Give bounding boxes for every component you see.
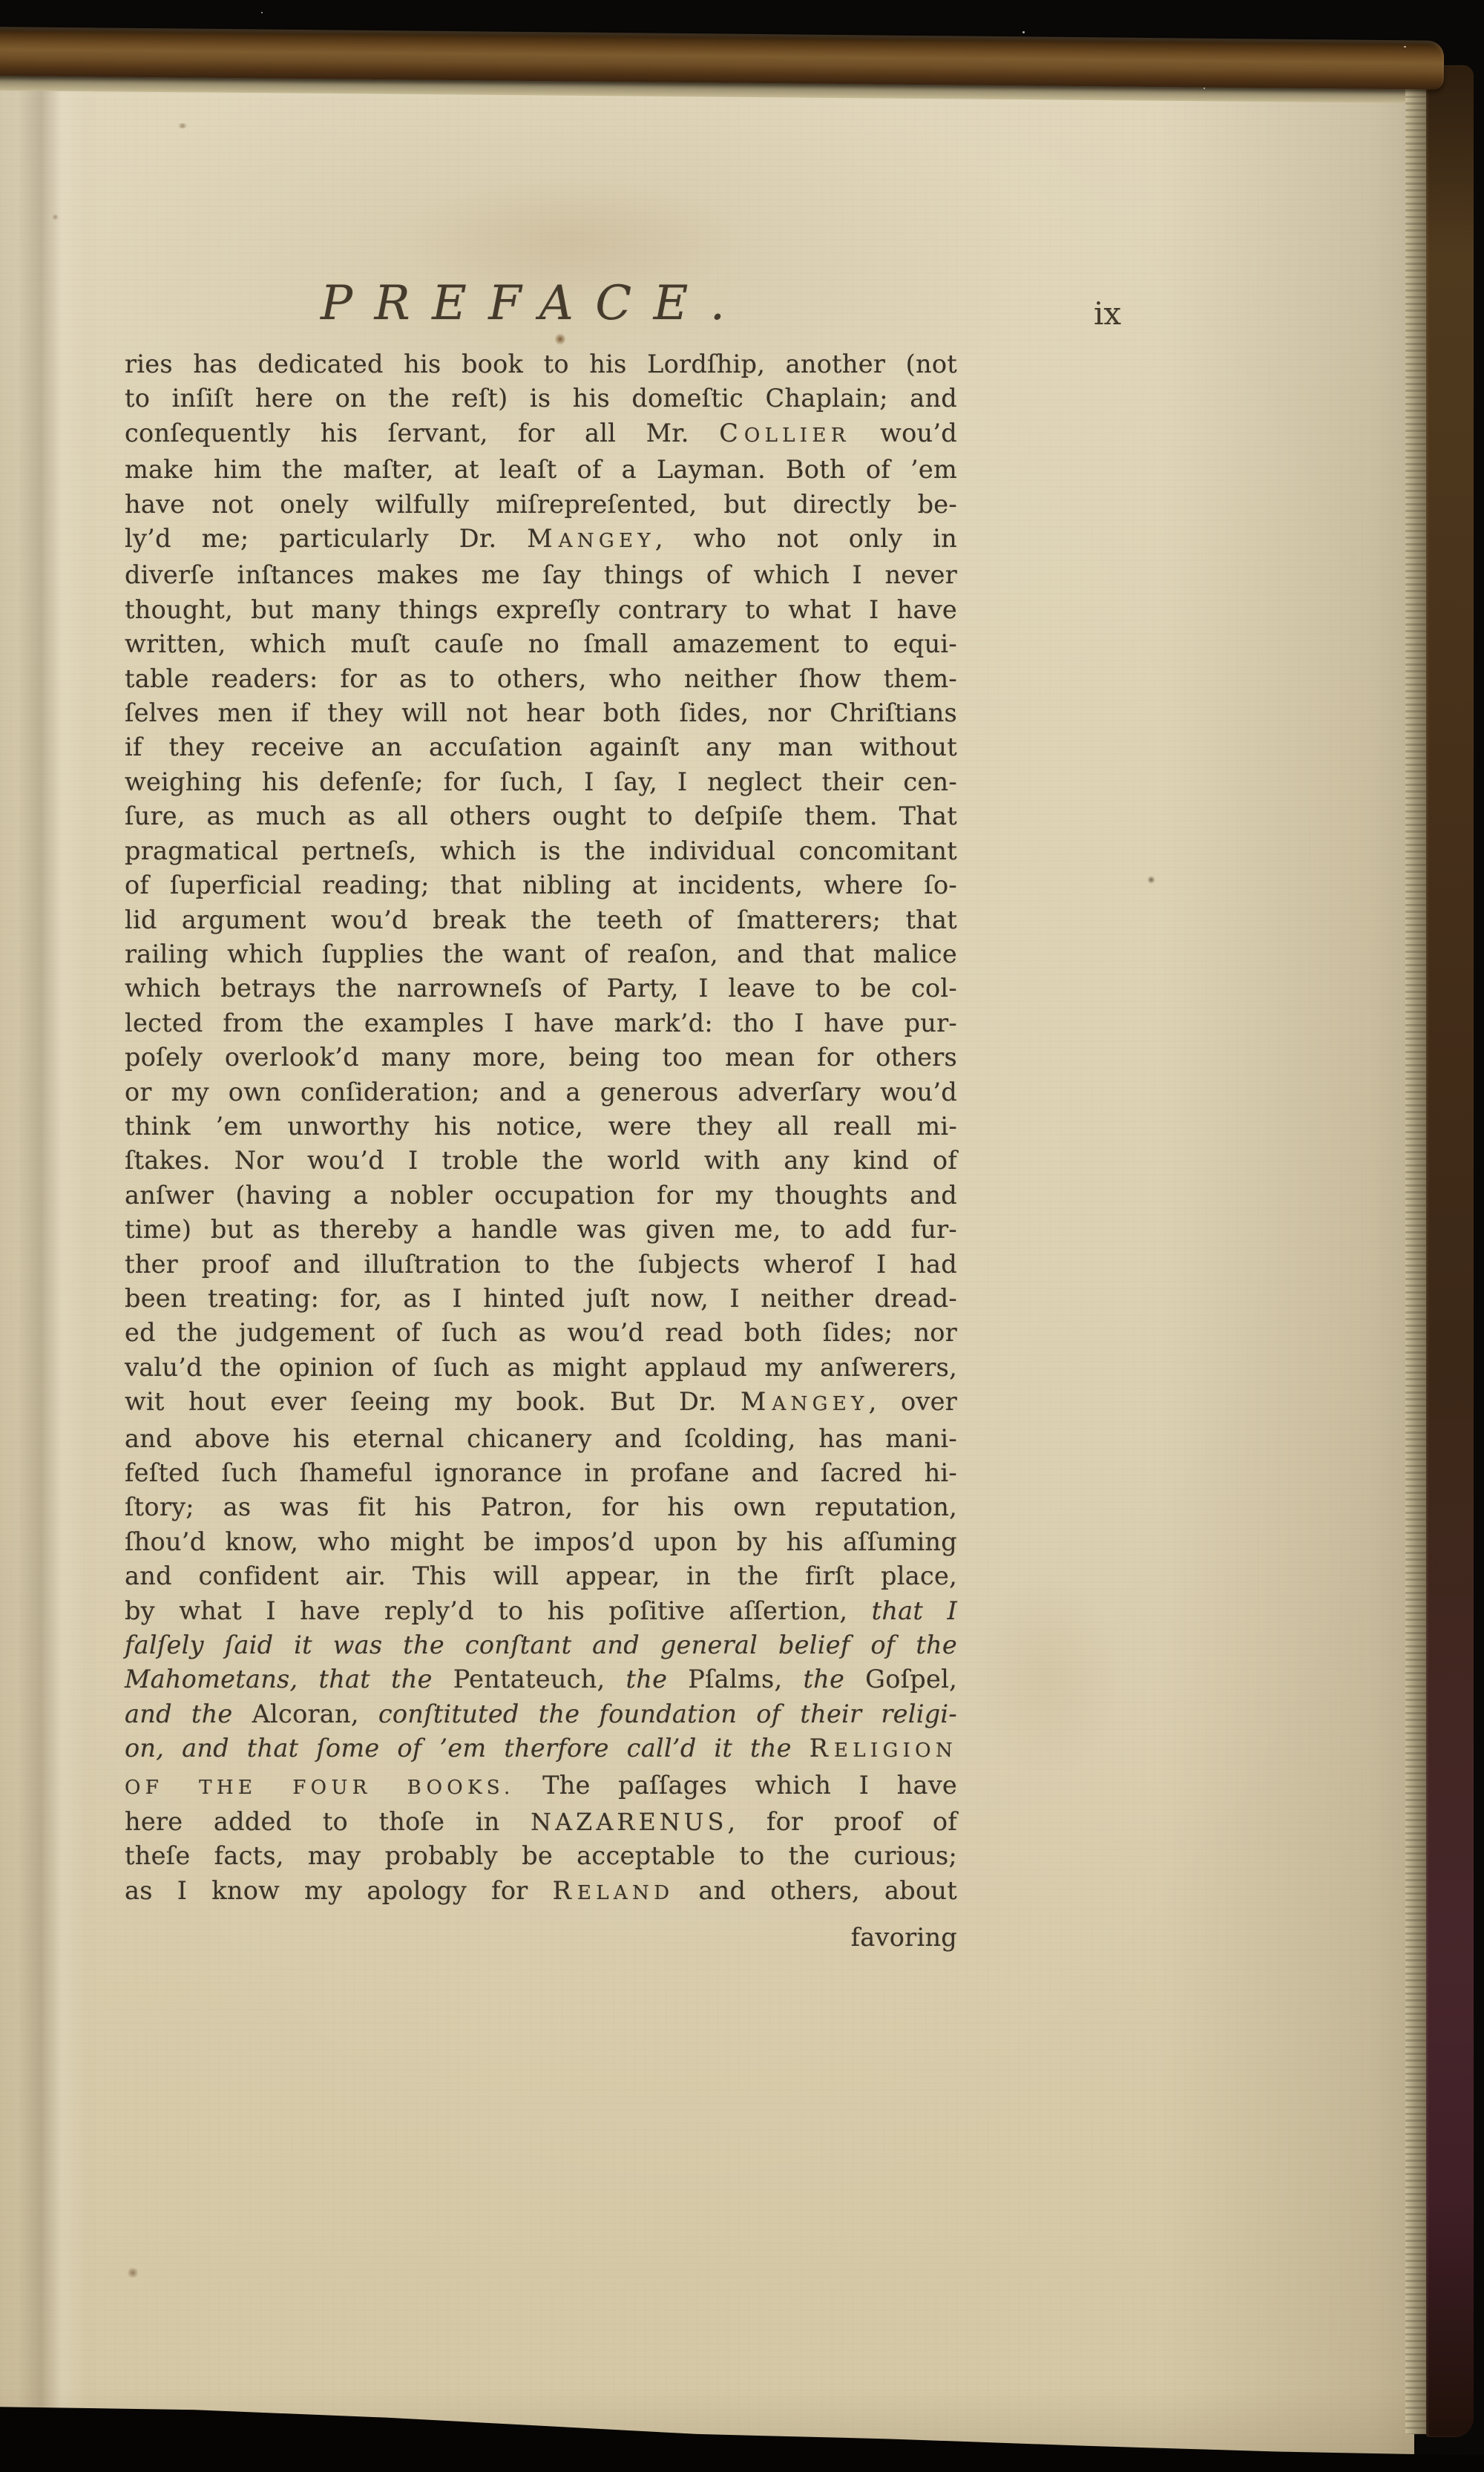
text-line: thought, but many things expreſly contra… xyxy=(125,593,957,627)
text-line: by what I have reply’d to his poſitive a… xyxy=(125,1594,957,1628)
text-line: poſely overlook’d many more, being too m… xyxy=(125,1040,957,1075)
scan-background: { "document": { "title": "PREFACE.", "pa… xyxy=(0,0,1484,2472)
text-line: pragmatical pertneſs, which is the indiv… xyxy=(125,834,957,868)
paper-stain xyxy=(1147,876,1155,884)
text-block: ries has dedicated his book to his Lordſ… xyxy=(125,347,957,1955)
text-line: make him the maſter, at leaſt of a Layma… xyxy=(125,453,957,487)
text-line: lid argument wou’d break the teeth of ſm… xyxy=(125,903,957,937)
catchword: favoring xyxy=(125,1921,957,1955)
text-line: and confident air. This will appear, in … xyxy=(125,1559,957,1593)
paper-stain xyxy=(555,332,565,346)
page-crease xyxy=(18,65,89,2456)
dust-speck xyxy=(261,12,263,13)
text-line: ries has dedicated his book to his Lordſ… xyxy=(125,347,957,381)
text-line: ther proof and illuſtration to the ſubje… xyxy=(125,1248,957,1282)
text-line: and above his eternal chicanery and ſcol… xyxy=(125,1422,957,1456)
text-line: railing which ſupplies the want of reaſo… xyxy=(125,937,957,971)
text-line: wit hout ever ſeeing my book. But Dr. MA… xyxy=(125,1385,957,1421)
text-line: written, which muſt cauſe no ſmall amaze… xyxy=(125,627,957,661)
text-line: on, and that ſome of ’em therfore call’d… xyxy=(125,1731,957,1768)
text-line: if they receive an accuſation againſt an… xyxy=(125,730,957,764)
text-line: Mahometans, that the Pentateuch, the Pſa… xyxy=(125,1662,957,1696)
dust-speck xyxy=(1404,46,1406,47)
text-line: ſtory; as was fit his Patron, for his ow… xyxy=(125,1490,957,1524)
text-line: ſure, as much as all others ought to deſ… xyxy=(125,799,957,833)
text-line: diverſe inſtances makes me ſay things of… xyxy=(125,558,957,592)
lines: ries has dedicated his book to his Lordſ… xyxy=(125,347,957,1910)
text-line: theſe facts, may probably be acceptable … xyxy=(125,1839,957,1873)
paper-stain xyxy=(52,214,59,220)
paper-stain xyxy=(126,2268,139,2278)
text-line: ly’d me; particularly Dr. MANGEY, who no… xyxy=(125,522,957,558)
dust-speck xyxy=(1022,31,1025,33)
text-line: weighing his defenſe; for ſuch, I ſay, I… xyxy=(125,765,957,799)
text-line: valu’d the opinion of ſuch as might appl… xyxy=(125,1351,957,1385)
text-line: here added to thoſe in NAZARENUS, for pr… xyxy=(125,1805,957,1839)
page-number: ix xyxy=(1094,295,1121,332)
text-line: conſequently his ſervant, for all Mr. CO… xyxy=(125,416,957,453)
dust-speck xyxy=(1204,88,1205,89)
book-cover-right-edge xyxy=(1426,65,1474,2437)
text-line: which betrays the narrowneſs of Party, I… xyxy=(125,971,957,1006)
text-line: as I know my apology for RELAND and othe… xyxy=(125,1874,957,1910)
text-line: time) but as thereby a handle was given … xyxy=(125,1213,957,1247)
text-line: feſted ſuch ſhameful ignorance in profan… xyxy=(125,1456,957,1490)
paper-stain xyxy=(177,123,188,128)
text-line: ſhou’d know, who might be impos’d upon b… xyxy=(125,1525,957,1559)
text-line: table readers: for as to others, who nei… xyxy=(125,662,957,696)
text-line: ſtakes. Nor wou’d I troble the world wit… xyxy=(125,1144,957,1178)
text-line: ed the judgement of ſuch as wou’d read b… xyxy=(125,1316,957,1350)
text-line: lected from the examples I have mark’d: … xyxy=(125,1006,957,1040)
text-line: anſwer (having a nobler occupation for m… xyxy=(125,1178,957,1213)
text-line: OF THE FOUR BOOKS. The paſſages which I … xyxy=(125,1768,957,1805)
text-line: ſelves men if they will not hear both ſi… xyxy=(125,696,957,730)
text-line: and the Alcoran, conſtituted the foundat… xyxy=(125,1697,957,1731)
text-line: of ſuperficial reading; that nibling at … xyxy=(125,868,957,902)
text-line: falſely ſaid it was the conſtant and gen… xyxy=(125,1628,957,1662)
text-line: have not onely wilfully miſrepreſented, … xyxy=(125,488,957,522)
text-line: or my own conſideration; and a generous … xyxy=(125,1075,957,1109)
text-line: to inſiſt here on the reſt) is his domeſ… xyxy=(125,381,957,416)
text-line: been treating: for, as I hinted juſt now… xyxy=(125,1282,957,1316)
paper-stain xyxy=(972,1572,1120,1780)
book-scan: PREFACE. ix ries has dedicated his book … xyxy=(0,0,1484,2472)
text-line: think ’em unworthy his notice, were they… xyxy=(125,1109,957,1144)
page-title: PREFACE. xyxy=(321,276,747,331)
